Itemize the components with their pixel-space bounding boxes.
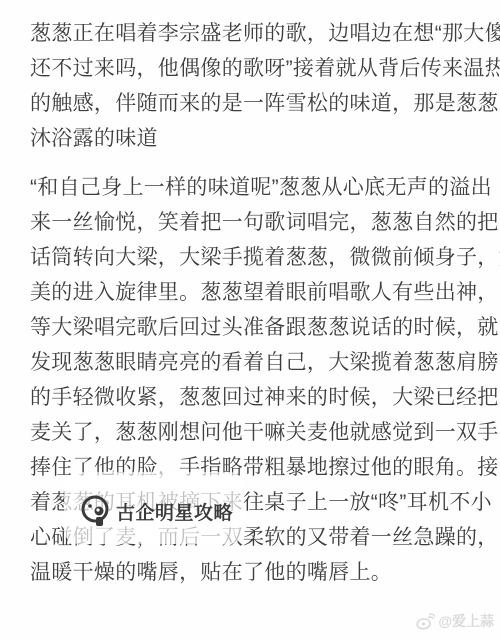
weibo-handle: @爱上蒜: [438, 611, 494, 631]
text-line: “和自己身上一样的味道呢”葱葱从心底无声的溢出: [30, 170, 476, 205]
weibo-eye-icon: [416, 613, 435, 630]
text-line: 美的进入旋律里。葱葱望着眼前唱歌人有些出神，: [30, 275, 476, 310]
text-line: 等大梁唱完歌后回过头准备跟葱葱说话的时候，就: [30, 310, 476, 345]
text-line: 还不过来吗，他偶像的歌呀”接着就从背后传来温热: [30, 51, 476, 86]
weibo-watermark: @爱上蒜: [416, 611, 494, 631]
text-line: 温暖干燥的嘴唇，贴在了他的嘴唇上。: [30, 555, 476, 590]
text-line: 发现葱葱眼睛亮亮的看着自己，大梁揽着葱葱肩膀: [30, 345, 476, 380]
circle-mascot-icon: [80, 494, 112, 528]
text-line: 话筒转向大梁，大梁手揽着葱葱，微微前倾身子，完: [30, 240, 476, 275]
text-line: 的触感，伴随而来的是一阵雪松的味道，那是葱葱: [30, 86, 476, 121]
text-line: 沐浴露的味道: [30, 121, 476, 156]
watermark: 古企明星攻略: [80, 494, 233, 528]
text-line: 葱葱正在唱着李宗盛老师的歌，边唱边在想“那大傻: [30, 16, 476, 51]
text-line: 来一丝愉悦，笑着把一句歌词唱完，葱葱自然的把: [30, 205, 476, 240]
watermark-label: 古企明星攻略: [116, 498, 233, 525]
text-line: 的手轻微收紧，葱葱回过神来的时候，大梁已经把: [30, 380, 476, 415]
text-line: 麦关了，葱葱刚想问他干嘛关麦他就感觉到一双手: [30, 415, 476, 450]
article-page: 葱葱正在唱着李宗盛老师的歌，边唱边在想“那大傻还不过来吗，他偶像的歌呀”接着就从…: [0, 0, 500, 639]
paragraph: 葱葱正在唱着李宗盛老师的歌，边唱边在想“那大傻还不过来吗，他偶像的歌呀”接着就从…: [30, 16, 476, 156]
